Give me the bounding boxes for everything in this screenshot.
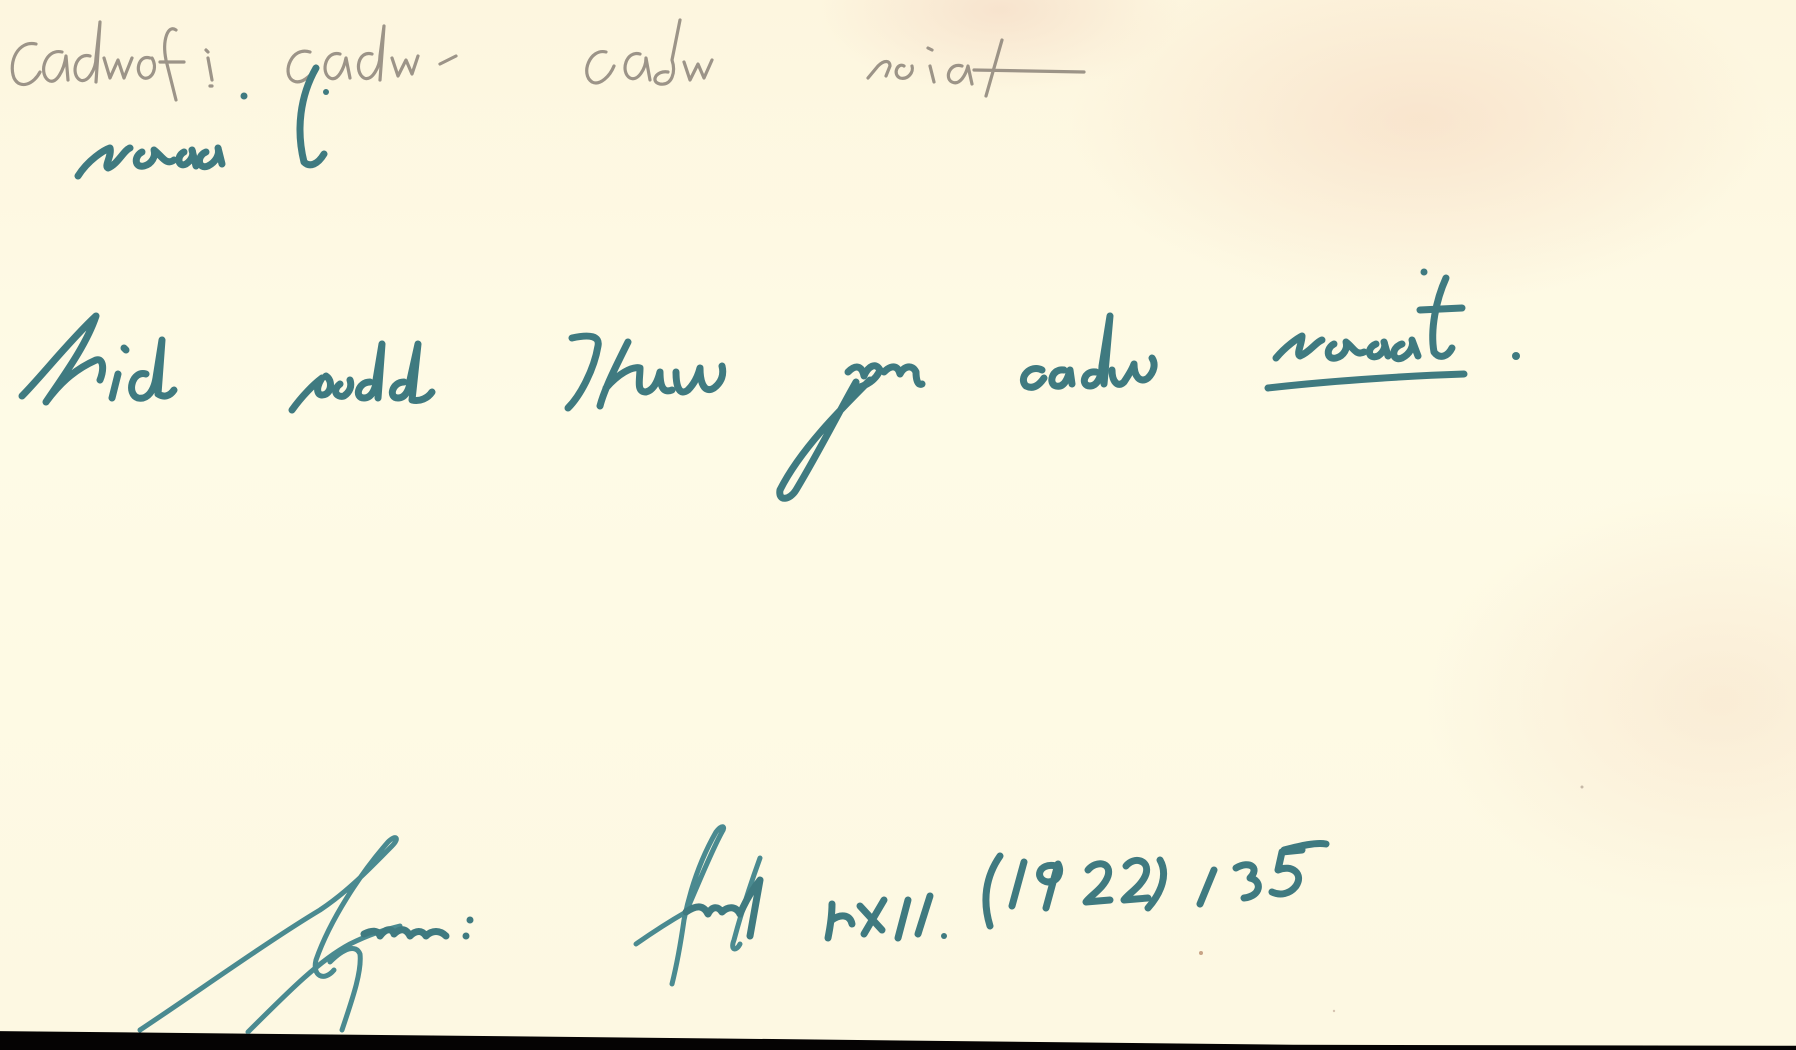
- citation: Cymm: Cyfrol 4 X11. (1922) 135: [300, 870, 1108, 939]
- main-sentence: Nid oedd Huw yn cadw reiat.: [22, 330, 728, 399]
- index-card: cadwof: cadw - cadw reiat reiat Nid oedd…: [0, 0, 1796, 1050]
- underlined-word: reiat: [1270, 320, 1377, 389]
- pencil-heading: cadwof: cadw - cadw reiat: [10, 40, 516, 95]
- pencil-correction: reiat: [78, 130, 163, 185]
